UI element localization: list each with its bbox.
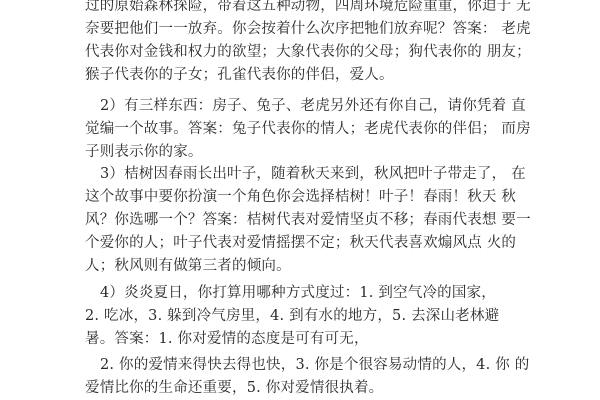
paragraph-3-line-4: 个爱你的人；叶子代表对爱情摇摆不定；秋天代表喜欢煽风点 火的	[85, 233, 516, 253]
paragraph-3-line-2: 这个故事中要你扮演一个角色你会选择桔树！叶子！春雨！秋天 秋	[85, 187, 516, 207]
paragraph-1-line-3: 代表你对金钱和权力的欲望；大象代表你的父母；狗代表你的 朋友；	[85, 42, 531, 62]
paragraph-1-line-4: 猴子代表你的子女；孔雀代表你的伴侣，爱人。	[85, 65, 394, 85]
paragraph-5-line-1: 2. 你的爱情来得快去得也快，3. 你是个很容易动情的人，4. 你 的	[100, 355, 529, 375]
document-page: 过的原始森林探险，带着这五种动物，四周环境危险重重，你迫于 无 奈要把他们一一放…	[0, 0, 600, 400]
paragraph-4-line-1: 4）炎炎夏日，你打算用哪种方式度过：1. 到空气冷的国家，	[100, 283, 496, 303]
paragraph-3-line-1: 3）桔树因春雨长出叶子，随着秋天来到，秋风把叶子带走了， 在	[100, 164, 526, 184]
paragraph-2-line-3: 子则表示你的家。	[85, 142, 203, 162]
paragraph-1-line-2: 奈要把他们一一放弃。你会按着什么次序把牠们放弃呢？答案： 老虎	[85, 19, 531, 39]
paragraph-5-line-2: 爱情比你的生命还重要，5. 你对爱情很执着。	[85, 378, 383, 398]
paragraph-4-line-2: 2. 吃冰，3. 躲到冷气房里，4. 到有水的地方，5. 去深山老林避	[85, 306, 499, 326]
paragraph-1-line-1: 过的原始森林探险，带着这五种动物，四周环境危险重重，你迫于 无	[85, 0, 531, 16]
paragraph-2-line-2: 觉编一个故事。答案：兔子代表你的情人；老虎代表你的伴侣； 而房	[85, 119, 531, 139]
paragraph-3-line-5: 人；秋风则有做第三者的倾向。	[85, 256, 291, 276]
paragraph-2-line-1: 2）有三样东西：房子、兔子、老虎另外还有你自己，请你凭着 直	[100, 96, 526, 116]
paragraph-4-line-3: 暑。答案：1. 你对爱情的态度是可有可无，	[85, 329, 369, 349]
paragraph-3-line-3: 风？你选哪一个？答案：桔树代表对爱情坚贞不移；春雨代表想 要一	[85, 210, 531, 230]
